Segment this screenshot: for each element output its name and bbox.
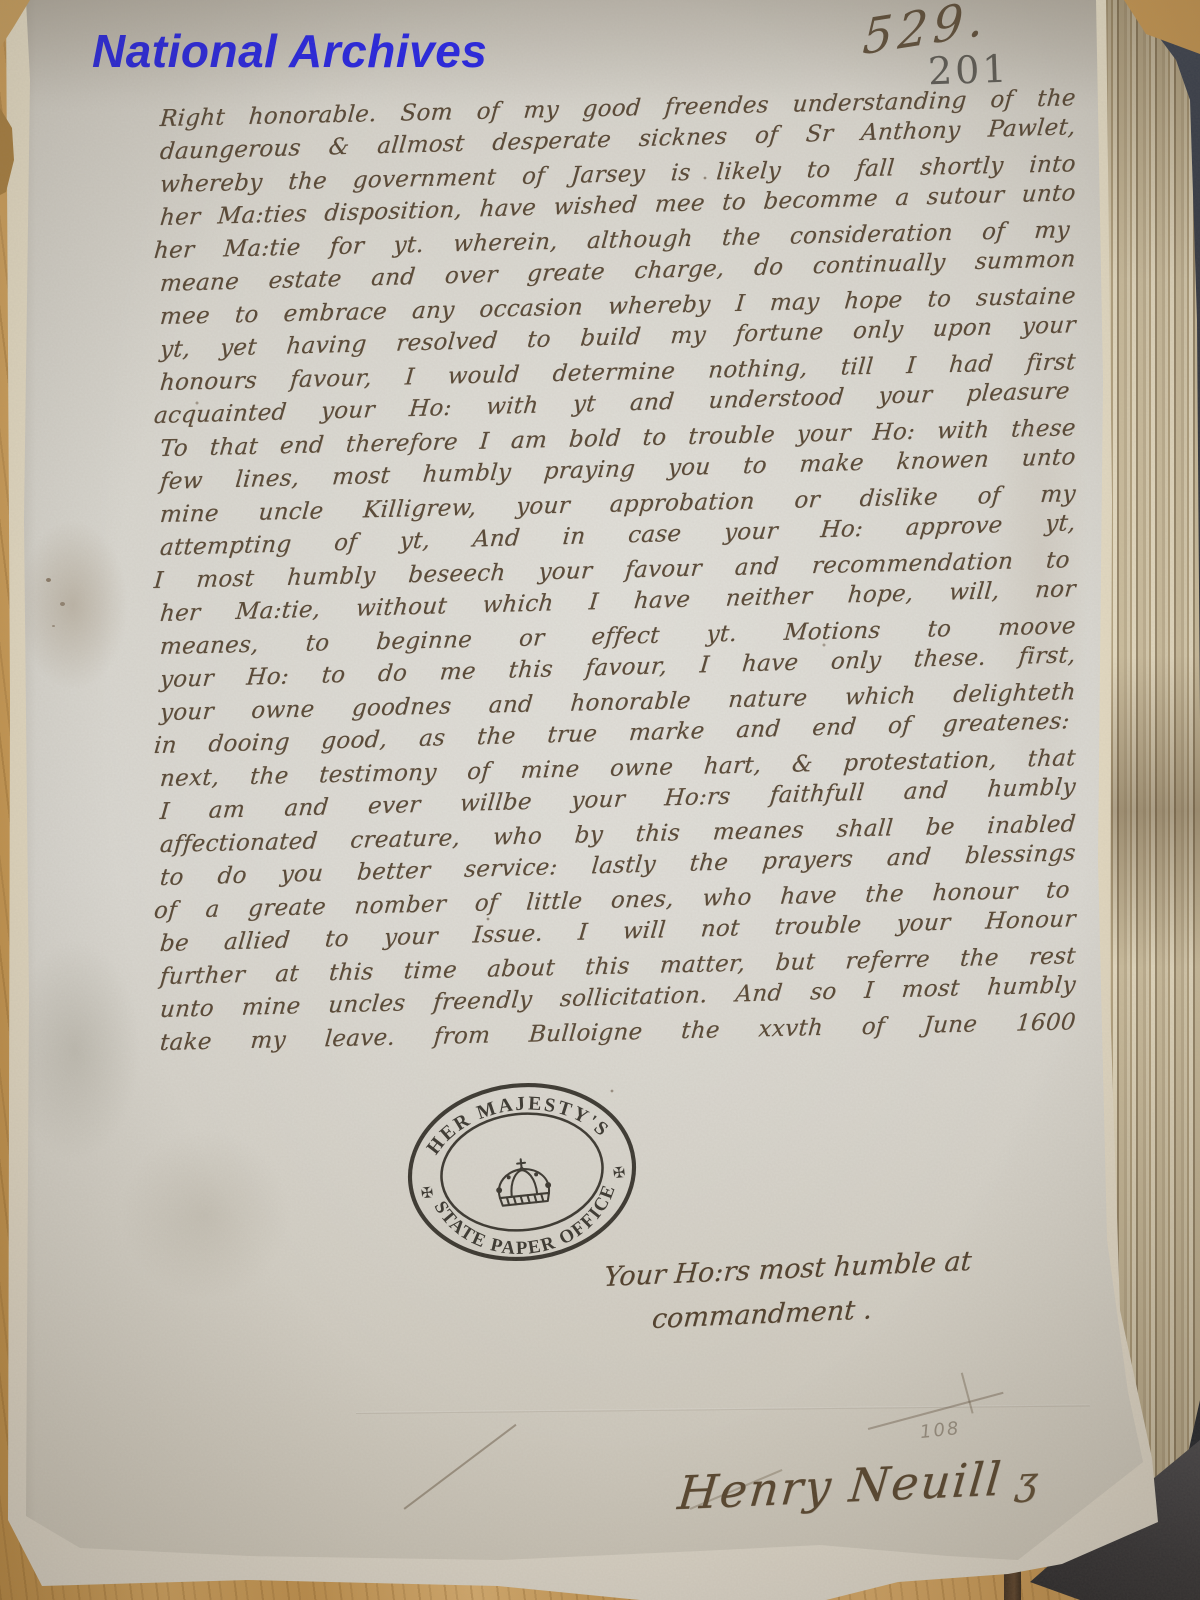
state-paper-office-stamp: HER MAJESTY'S STATE PAPER OFFICE ✠ ✠: [384, 1059, 660, 1285]
manuscript-page: National Archives 529. 201 Right honorab…: [0, 0, 1200, 1600]
stamp-bottom-text: STATE PAPER OFFICE: [429, 1179, 627, 1268]
svg-text:HER MAJESTY'S: HER MAJESTY'S: [418, 1083, 616, 1160]
archive-photo-canvas: National Archives 529. 201 Right honorab…: [0, 0, 1200, 1600]
pencil-number: 108: [919, 1418, 961, 1443]
manuscript-body: Right honorable. Som of my good freendes…: [0, 0, 1200, 1600]
svg-text:STATE PAPER OFFICE: STATE PAPER OFFICE: [429, 1179, 627, 1268]
crown-icon: [493, 1156, 552, 1206]
stamp-cross-left-icon: ✠: [420, 1184, 434, 1202]
stamp-cross-right-icon: ✠: [612, 1164, 626, 1182]
signature-paraph: ʒ: [1014, 1458, 1042, 1503]
stamp-top-text: HER MAJESTY'S: [418, 1083, 616, 1160]
